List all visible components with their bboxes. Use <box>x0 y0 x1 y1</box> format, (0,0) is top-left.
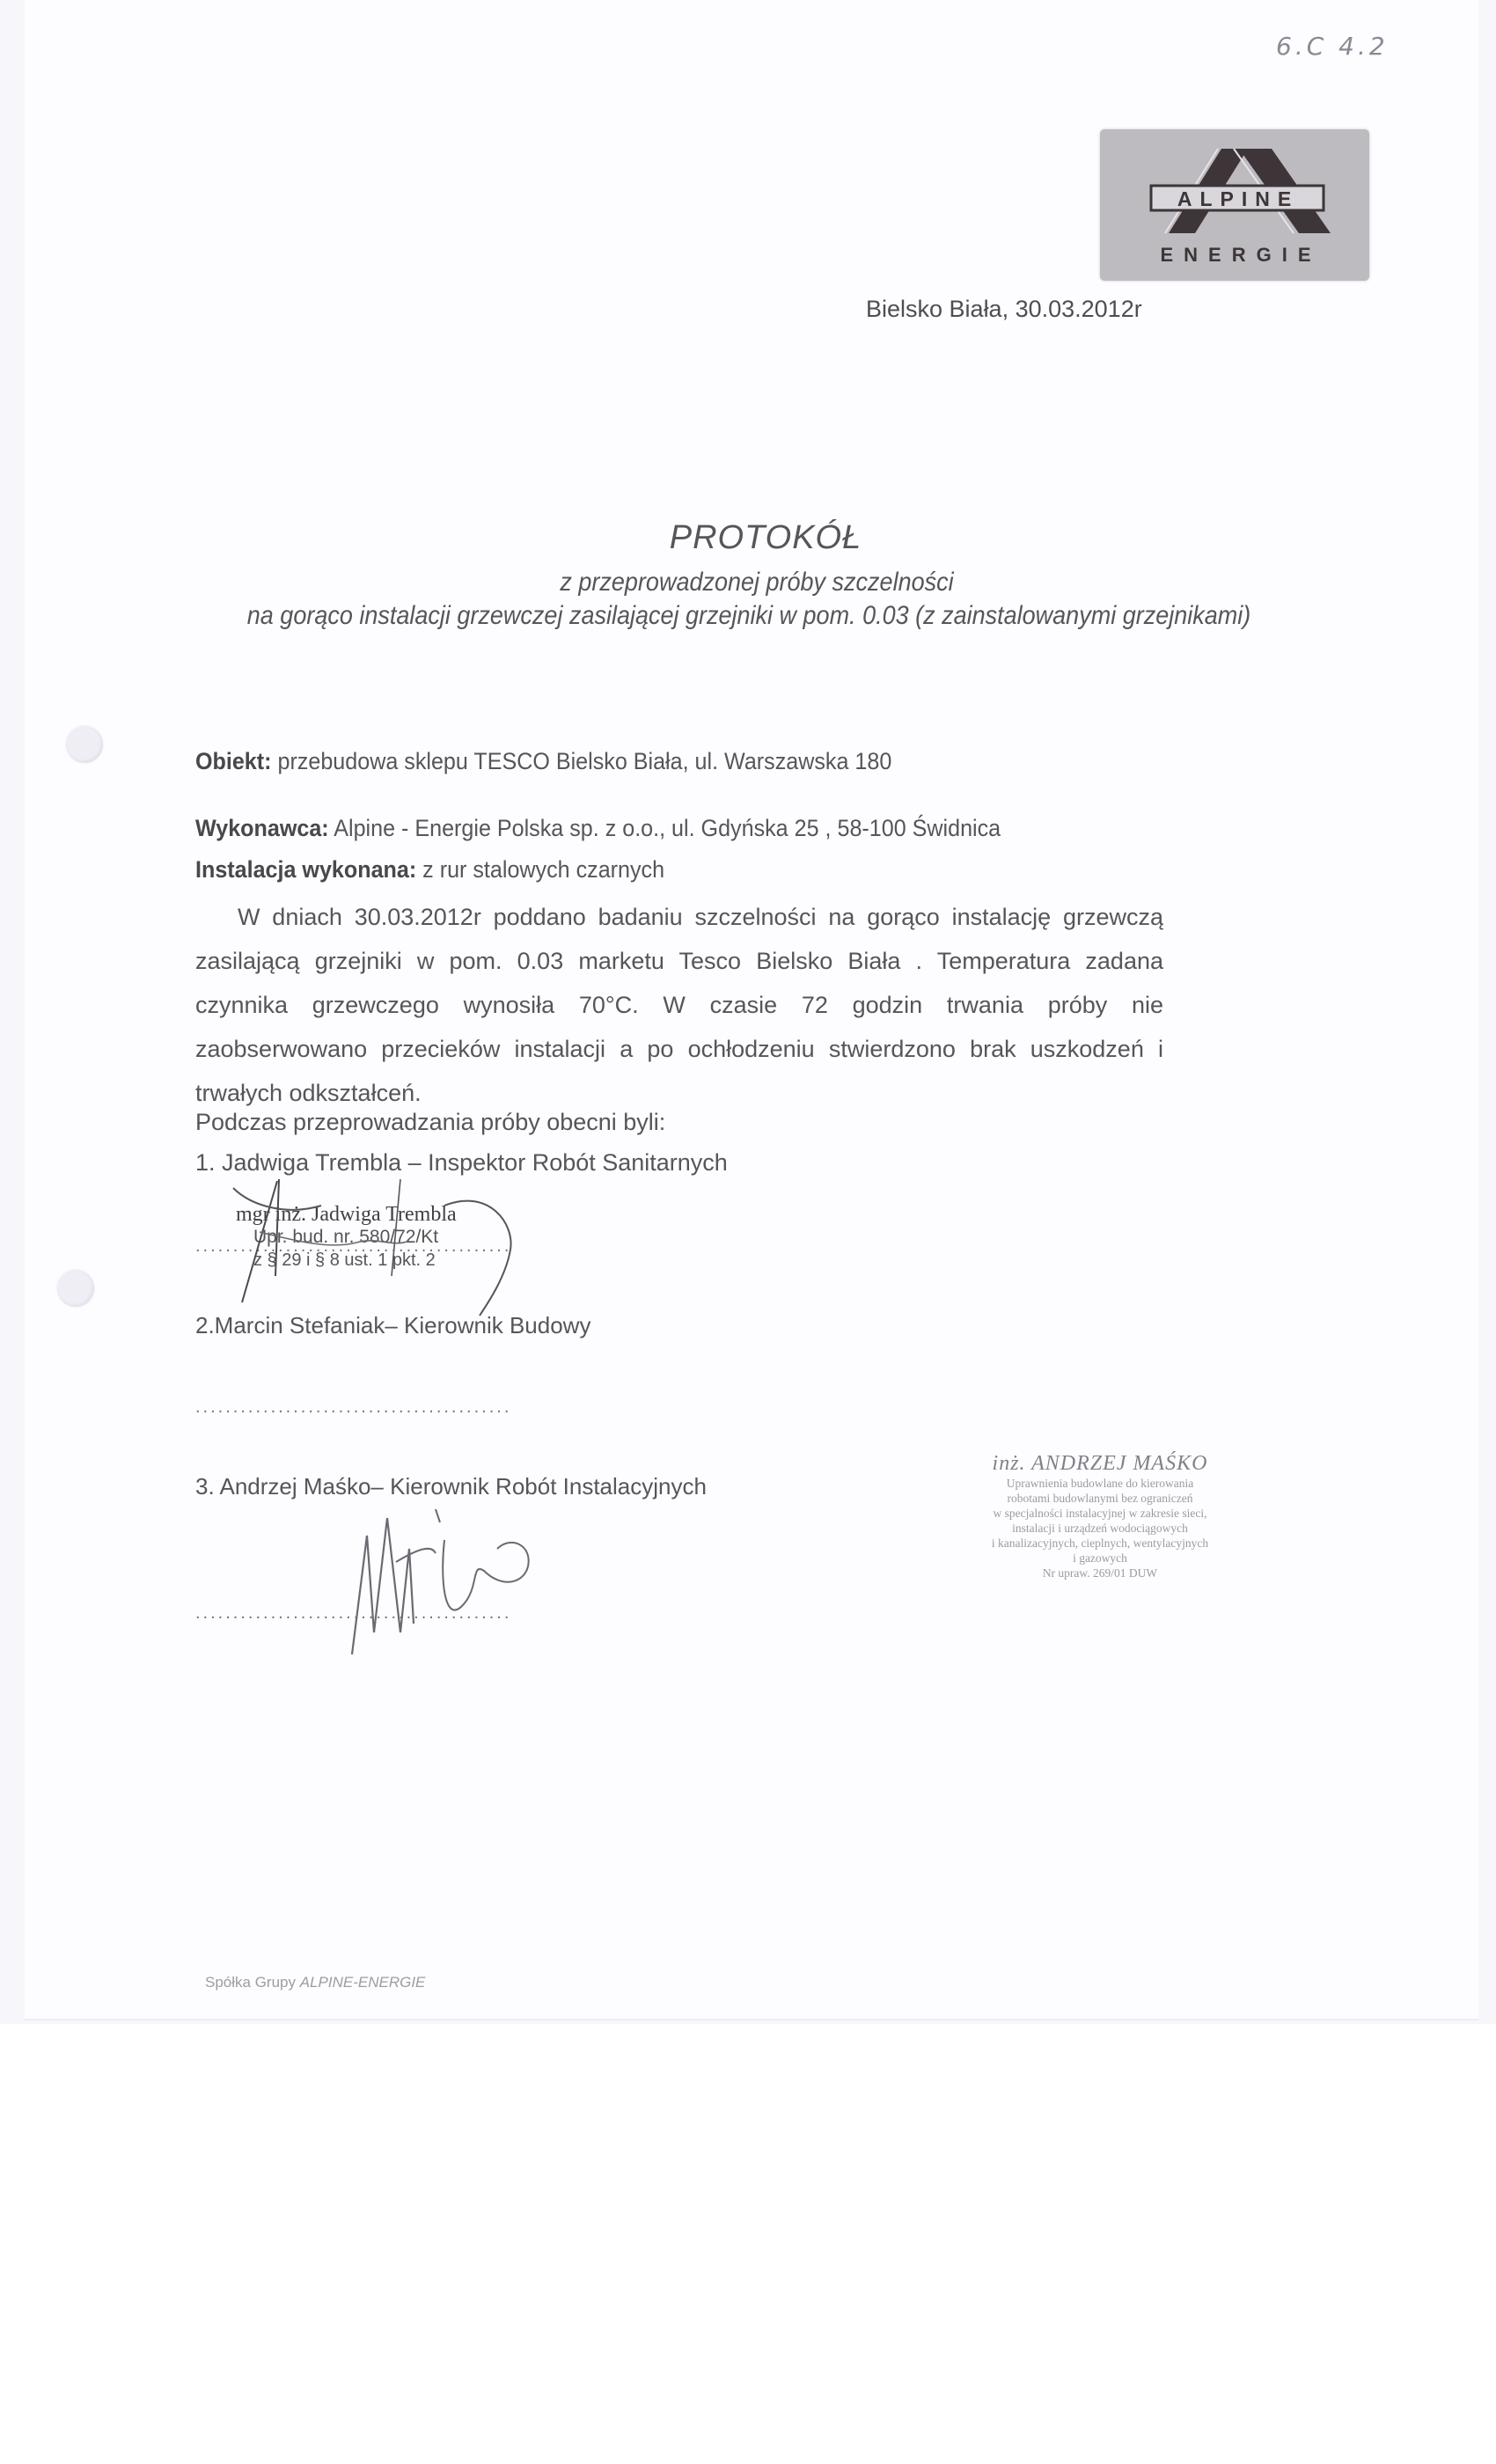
logo-brand-top: ALPINE <box>1155 187 1322 211</box>
stamp-masko-line: instalacji i urządzeń wodociągowych <box>977 1521 1223 1536</box>
present-intro: Podczas przeprowadzania próby obecni byl… <box>195 1109 665 1136</box>
field-object-value: przebudowa sklepu TESCO Bielsko Biała, u… <box>272 748 892 774</box>
attendee-3: 3. Andrzej Maśko– Kierownik Robót Instal… <box>195 1473 707 1500</box>
place-date: Bielsko Biała, 30.03.2012r <box>866 296 1142 323</box>
stamp-masko-line: Nr upraw. 269/01 DUW <box>977 1566 1223 1580</box>
signature-trembla-icon <box>224 1170 559 1320</box>
field-installation-value: z rur stalowych czarnych <box>416 856 664 883</box>
stamp-masko: inż. ANDRZEJ MAŚKO Uprawnienia budowlane… <box>977 1452 1223 1580</box>
field-installation-label: Instalacja wykonana: <box>195 856 416 883</box>
stamp-masko-name: inż. ANDRZEJ MAŚKO <box>977 1452 1223 1476</box>
stamp-masko-line: Uprawnienia budowlane do kierowania <box>977 1476 1223 1491</box>
field-installation: Instalacja wykonana: z rur stalowych cza… <box>195 856 664 884</box>
company-logo: ALPINE ENERGIE <box>1100 129 1369 281</box>
page-footer: Spółka Grupy ALPINE-ENERGIE <box>205 1974 425 1991</box>
stamp-masko-line: i kanalizacyjnych, cieplnych, wentylacyj… <box>977 1536 1223 1551</box>
field-contractor-label: Wykonawca: <box>195 815 329 841</box>
document-subtitle-line2: na gorąco instalacji grzewczej zasilając… <box>76 601 1422 631</box>
document-subtitle-line1: z przeprowadzonej próby szczelności <box>76 568 1422 598</box>
signature-masko-icon <box>348 1500 550 1659</box>
field-contractor: Wykonawca: Alpine - Energie Polska sp. z… <box>195 815 1001 842</box>
stamp-masko-line: i gazowych <box>977 1551 1223 1566</box>
footer-prefix: Spółka Grupy <box>205 1974 300 1991</box>
field-contractor-value: Alpine - Energie Polska sp. z o.o., ul. … <box>329 815 1001 841</box>
punch-hole-top <box>66 726 103 763</box>
signature-line-2: ........................................… <box>195 1397 511 1418</box>
body-paragraph: W dniach 30.03.2012r poddano badaniu szc… <box>195 895 1163 1115</box>
stamp-masko-line: w specjalności instalacyjnej w zakresie … <box>977 1506 1223 1521</box>
document-title: PROTOKÓŁ <box>0 519 1496 557</box>
handwritten-reference: 6.C 4.2 <box>1276 32 1389 61</box>
field-object-label: Obiekt: <box>195 748 272 774</box>
stamp-masko-line: robotami budowlanymi bez ograniczeń <box>977 1491 1223 1506</box>
footer-brand: ALPINE-ENERGIE <box>300 1974 426 1991</box>
field-object: Obiekt: przebudowa sklepu TESCO Bielsko … <box>195 748 891 775</box>
punch-hole-bottom <box>57 1270 94 1307</box>
logo-brand-bottom: ENERGIE <box>1135 244 1346 267</box>
